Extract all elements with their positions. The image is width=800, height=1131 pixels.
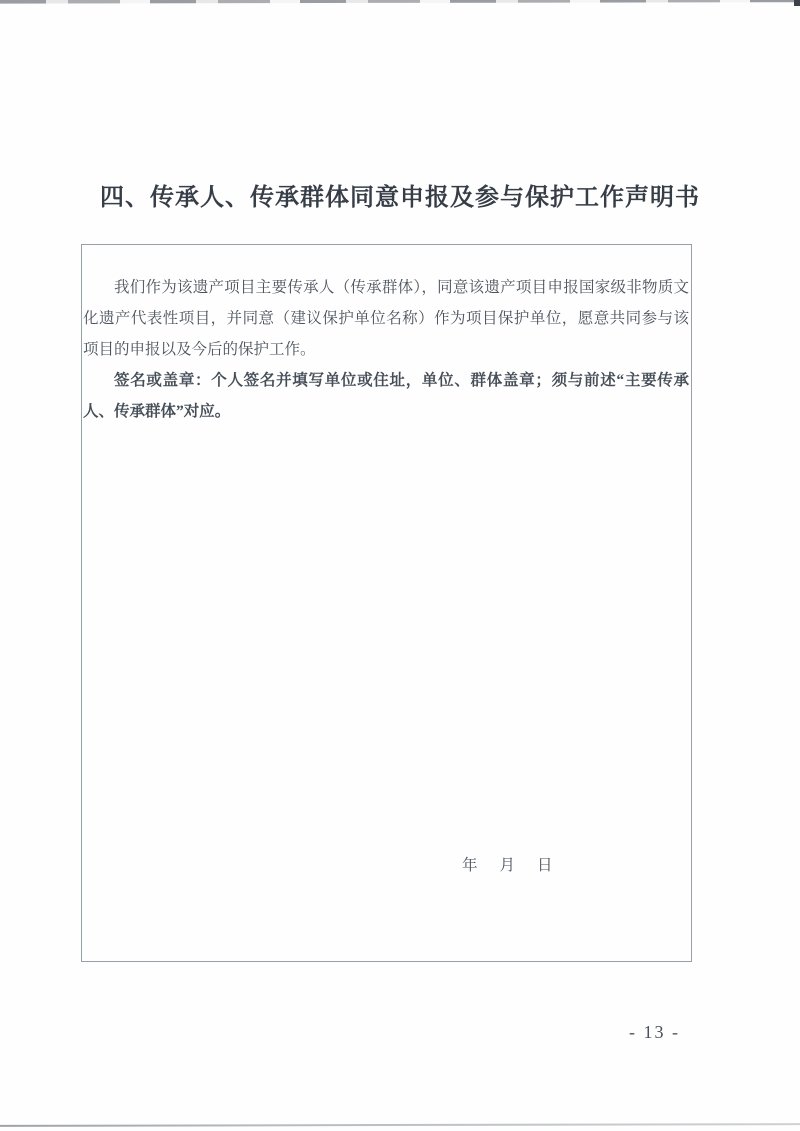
day-label: 日 (537, 853, 553, 875)
month-label: 月 (500, 853, 516, 875)
paragraph1-line1: 我们作为该遗产项目主要传承人（传承群体），同意该遗产项目申报国家级非物质文 (83, 272, 689, 303)
scan-bottom-edge-artifact (0, 1123, 800, 1127)
paragraph2-line2: 人、传承群体”对应。 (83, 396, 689, 427)
paragraph2-line1: 签名或盖章：个人签名并填写单位或住址，单位、群体盖章；须与前述“主要传承 (83, 365, 689, 396)
year-label: 年 (462, 853, 478, 875)
declaration-box: 我们作为该遗产项目主要传承人（传承群体），同意该遗产项目申报国家级非物质文 化遗… (81, 244, 692, 962)
declaration-text: 我们作为该遗产项目主要传承人（传承群体），同意该遗产项目申报国家级非物质文 化遗… (83, 272, 689, 427)
scan-top-edge-artifact (0, 0, 800, 4)
paragraph1-line3: 项目的申报以及今后的保护工作。 (83, 334, 689, 365)
scan-corner-dot-artifact (794, 0, 800, 6)
date-line: 年 月 日 (462, 853, 553, 875)
page-number: - 13 - (629, 1022, 680, 1043)
paragraph1-line2: 化遗产代表性项目，并同意（建议保护单位名称）作为项目保护单位，愿意共同参与该 (83, 303, 689, 334)
scanned-document-page: 四、传承人、传承群体同意申报及参与保护工作声明书 我们作为该遗产项目主要传承人（… (0, 0, 800, 1131)
document-title: 四、传承人、传承群体同意申报及参与保护工作声明书 (0, 177, 800, 212)
